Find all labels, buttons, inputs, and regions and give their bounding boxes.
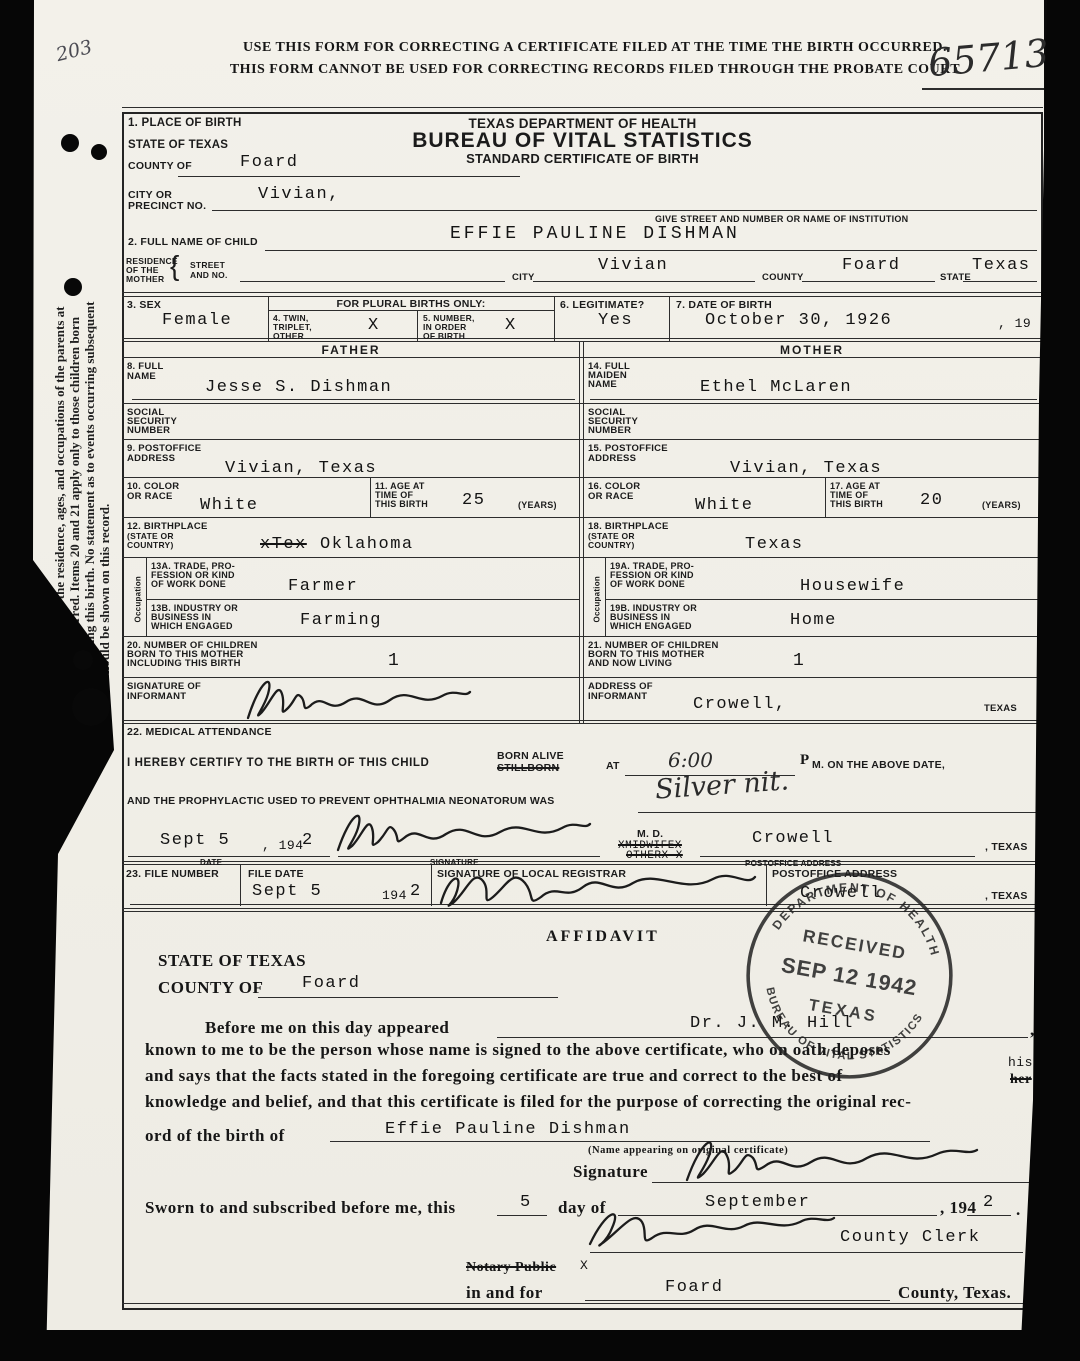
file-date-label: FILE DATE [248,868,304,880]
birth-time-value: 6:00 [668,748,713,772]
sex-value: Female [162,311,232,330]
ruled-line [258,997,558,998]
pm-rest-label: M. ON THE ABOVE DATE, [812,759,945,771]
father-race-value: White [200,496,259,515]
appeared-comma: , [1030,1020,1035,1040]
ruled-line [268,310,554,311]
file-number-label: 23. FILE NUMBER [126,868,219,880]
ruled-line [825,478,826,517]
brace: { [170,250,180,282]
dob-printed-year: , 19 [998,316,1031,331]
father-industry-value: Farming [300,611,382,630]
father-trade-label: OF WORK DONE [151,579,226,589]
res-county-label: COUNTY [762,272,804,283]
file-date-year: 2 [410,882,422,901]
child-name-value: EFFIE PAULINE DISHMAN [450,224,740,244]
bureau-line: BUREAU OF VITAL STATISTICS [330,129,835,153]
ruled-line [122,517,1043,518]
affidavit-county-label: COUNTY OF [158,978,263,998]
ruled-line [122,403,1043,404]
county-texas-label: County, Texas. [898,1283,1011,1303]
cert-state-suffix: , TEXAS [985,841,1028,853]
ruled-line [265,250,1037,251]
ruled-line [638,812,1037,813]
father-race-label: OR RACE [127,491,173,502]
sworn-period: . [1016,1200,1021,1220]
scanned-birth-certificate: USE THIS FORM FOR CORRECTING A CERTIFICA… [0,0,1080,1361]
father-header: FATHER [122,343,580,357]
father-birthplace-label: COUNTRY) [127,540,174,550]
affidavit-county-value: Foard [302,974,361,993]
his-typed: his [1008,1055,1033,1070]
father-children-value: 1 [388,651,400,671]
ruled-line [605,599,1043,600]
file-date-value: Sept 5 [252,882,322,901]
ruled-line [146,599,579,600]
cert-date-year: 2 [302,831,314,850]
her-struck: her [1010,1072,1032,1088]
affidavit-line4-label: ord of the birth of [145,1126,285,1146]
margin-note-line: This certificate must show the residence… [52,108,67,748]
institution-hint: GIVE STREET AND NUMBER OR NAME OF INSTIT… [655,214,908,224]
ruled-line [122,292,1043,293]
mother-race-value: White [695,496,754,515]
mother-trade-value: Housewife [800,577,905,596]
ruled-line [700,856,975,857]
notary-public-struck: Notary Public [466,1260,556,1276]
county-of-label: COUNTY OF [128,160,192,172]
ruled-line [122,439,1043,440]
mother-birthplace-label: COUNTRY) [588,540,635,550]
informant-address-label: INFORMANT [588,691,647,702]
other-struck-label: OTHERX X [626,850,683,862]
mother-age-label: THIS BIRTH [830,499,883,509]
ruled-line [554,296,555,341]
margin-note-line: the time the birth occurred. Items 20 an… [67,108,82,748]
father-trade-value: Farmer [288,577,358,596]
informant-signature-label: INFORMANT [127,691,186,702]
cert-date-printed: , 194 [262,838,304,853]
affidavit-line2: and says that the facts stated in the fo… [145,1066,843,1086]
bottom-black-edge [0,1330,1080,1361]
at-label: AT [606,760,620,772]
cert-date-value: Sept 5 [160,831,230,850]
in-and-for-label: in and for [466,1283,543,1303]
dob-label: 7. DATE OF BIRTH [676,299,772,311]
born-alive-label: BORN ALIVE [497,750,564,762]
top-notice-line1: USE THIS FORM FOR CORRECTING A CERTIFICA… [180,40,1010,56]
street-label: AND NO. [190,270,228,280]
certify-text: I HEREBY CERTIFY TO THE BIRTH OF THIS CH… [127,757,429,769]
twin-value: X [368,316,380,335]
mother-occupation-side-label: Occupation [593,567,602,623]
father-industry-label: WHICH ENGAGED [151,621,233,631]
res-city-label: CITY [512,272,535,283]
ruled-line [122,557,1043,558]
father-birthplace-struck: xTex [260,535,307,554]
residence-label: MOTHER [126,274,164,284]
ruled-line [146,558,147,636]
order-value: X [505,316,517,335]
informant-address-value: Crowell, [693,695,787,714]
ruled-line [922,88,1044,90]
ruled-line [240,281,505,282]
ruled-line [370,478,371,517]
ruled-line [963,281,1037,282]
mother-race-label: OR RACE [588,491,634,502]
registrar-signature [435,865,760,913]
ruled-line [178,176,520,177]
ruled-line [122,338,1043,339]
ruled-line [431,864,432,906]
affidavit-title: AFFIDAVIT [546,928,660,946]
informant-signature [238,670,473,728]
ruled-line [605,558,606,636]
precinct-label: PRECINCT NO. [128,200,206,212]
appeared-label: Before me on this day appeared [205,1018,449,1038]
mother-age-units: (YEARS) [982,500,1021,510]
pm-label: P [800,752,810,769]
father-po-label: ADDRESS [127,453,175,464]
ruled-line [122,861,1043,862]
ruled-line [579,341,580,723]
affidavit-signature [675,1130,985,1188]
ruled-line [128,856,330,857]
twin-label: OTHER [273,331,304,341]
affidavit-signature-label: Signature [573,1162,648,1182]
mother-industry-value: Home [790,611,837,630]
legitimate-label: 6. LEGITIMATE? [560,299,644,311]
margin-note: This certificate must show the residence… [52,108,112,748]
mother-age-value: 20 [920,491,943,510]
sworn-year-value: 2 [983,1193,995,1212]
md-label: M. D. [637,828,663,840]
place-of-birth-label: 1. PLACE OF BIRTH [128,117,242,129]
file-state-suffix: , TEXAS [985,890,1028,902]
cert-po-value: Crowell [752,829,834,848]
stillborn-struck-label: STILLBORN [497,762,559,774]
street-label: STREET [190,260,225,270]
father-birthplace-value: Oklahoma [320,535,414,554]
stamp-state: TEXAS [807,996,879,1026]
ruled-line [802,281,935,282]
legitimate-value: Yes [598,311,633,330]
mother-po-value: Vivian, Texas [730,459,882,478]
father-name-value: Jesse S. Dishman [205,378,392,397]
father-age-value: 25 [462,491,485,510]
county-clerk-signature [578,1202,838,1254]
ruled-line [417,311,418,341]
father-age-units: (YEARS) [518,500,557,510]
child-name-label: 2. FULL NAME OF CHILD [128,236,258,248]
ruled-line [122,296,1043,297]
ruled-line [132,399,575,400]
ruled-line [497,1215,547,1216]
file-date-printed: 194 [382,888,407,903]
father-children-label: INCLUDING THIS BIRTH [127,658,241,669]
city-value: Vivian, [258,185,340,204]
father-name-label: NAME [127,371,156,382]
res-county-value: Foard [842,256,901,275]
mother-trade-label: OF WORK DONE [610,579,685,589]
stamp-received: RECEIVED [801,925,908,963]
res-city-value: Vivian [598,256,668,275]
ruled-line [122,107,1043,108]
date-caption: DATE [200,858,222,867]
affidavit-line3: knowledge and belief, and that this cert… [145,1092,911,1112]
ruled-line [669,296,670,341]
county-of-value: Foard [240,153,299,172]
clerk-title-value: County Clerk [840,1228,980,1247]
order-label: OF BIRTH [423,331,465,341]
sworn-printed-year: , 194 [940,1198,977,1218]
affidavit-state: STATE OF TEXAS [158,951,306,971]
ruled-line [122,636,1043,637]
ruled-line [583,341,584,723]
notary-county-value: Foard [665,1278,724,1297]
ruled-line [240,864,241,906]
father-occupation-side-label: Occupation [134,567,143,623]
standard-cert-line: STANDARD CERTIFICATE OF BIRTH [330,151,835,166]
mother-birthplace-value: Texas [745,535,804,554]
informant-address-state: TEXAS [984,703,1017,714]
mother-header: MOTHER [583,343,1041,357]
mother-children-label: AND NOW LIVING [588,658,672,669]
ruled-line [212,210,1037,211]
state-of-texas-label: STATE OF TEXAS [128,139,228,151]
top-notice-line2: THIS FORM CANNOT BE USED FOR CORRECTING … [180,62,1010,78]
sex-label: 3. SEX [127,299,161,311]
mother-name-value: Ethel McLaren [700,378,852,397]
margin-note-line: to this birth should be shown on this re… [97,108,112,748]
ruled-line [533,281,755,282]
father-age-label: THIS BIRTH [375,499,428,509]
physician-signature [330,804,595,859]
received-stamp: DEPARTMENT OF HEALTH BUREAU OF VITAL STA… [725,851,974,1100]
res-state-value: Texas [972,256,1031,275]
mother-ssn-label: NUMBER [588,425,631,436]
father-ssn-label: NUMBER [127,425,170,436]
mother-children-value: 1 [793,651,805,671]
mother-po-label: ADDRESS [588,453,636,464]
affidavit-birth-name: Effie Pauline Dishman [385,1120,631,1139]
ruled-line [585,1300,890,1301]
plural-births-header: FOR PLURAL BIRTHS ONLY: [268,298,554,310]
sworn-label: Sworn to and subscribed before me, this [145,1198,456,1218]
res-state-label: STATE [940,272,971,283]
father-po-value: Vivian, Texas [225,459,377,478]
mother-name-label: NAME [588,379,617,390]
mother-industry-label: WHICH ENGAGED [610,621,692,631]
dob-value: October 30, 1926 [705,311,892,330]
sworn-day-value: 5 [520,1193,532,1212]
ruled-line [590,399,1037,400]
notary-x: X [580,1258,588,1273]
margin-note-line: prior to and including this birth. No st… [82,108,97,748]
ruled-line [122,1303,1043,1304]
